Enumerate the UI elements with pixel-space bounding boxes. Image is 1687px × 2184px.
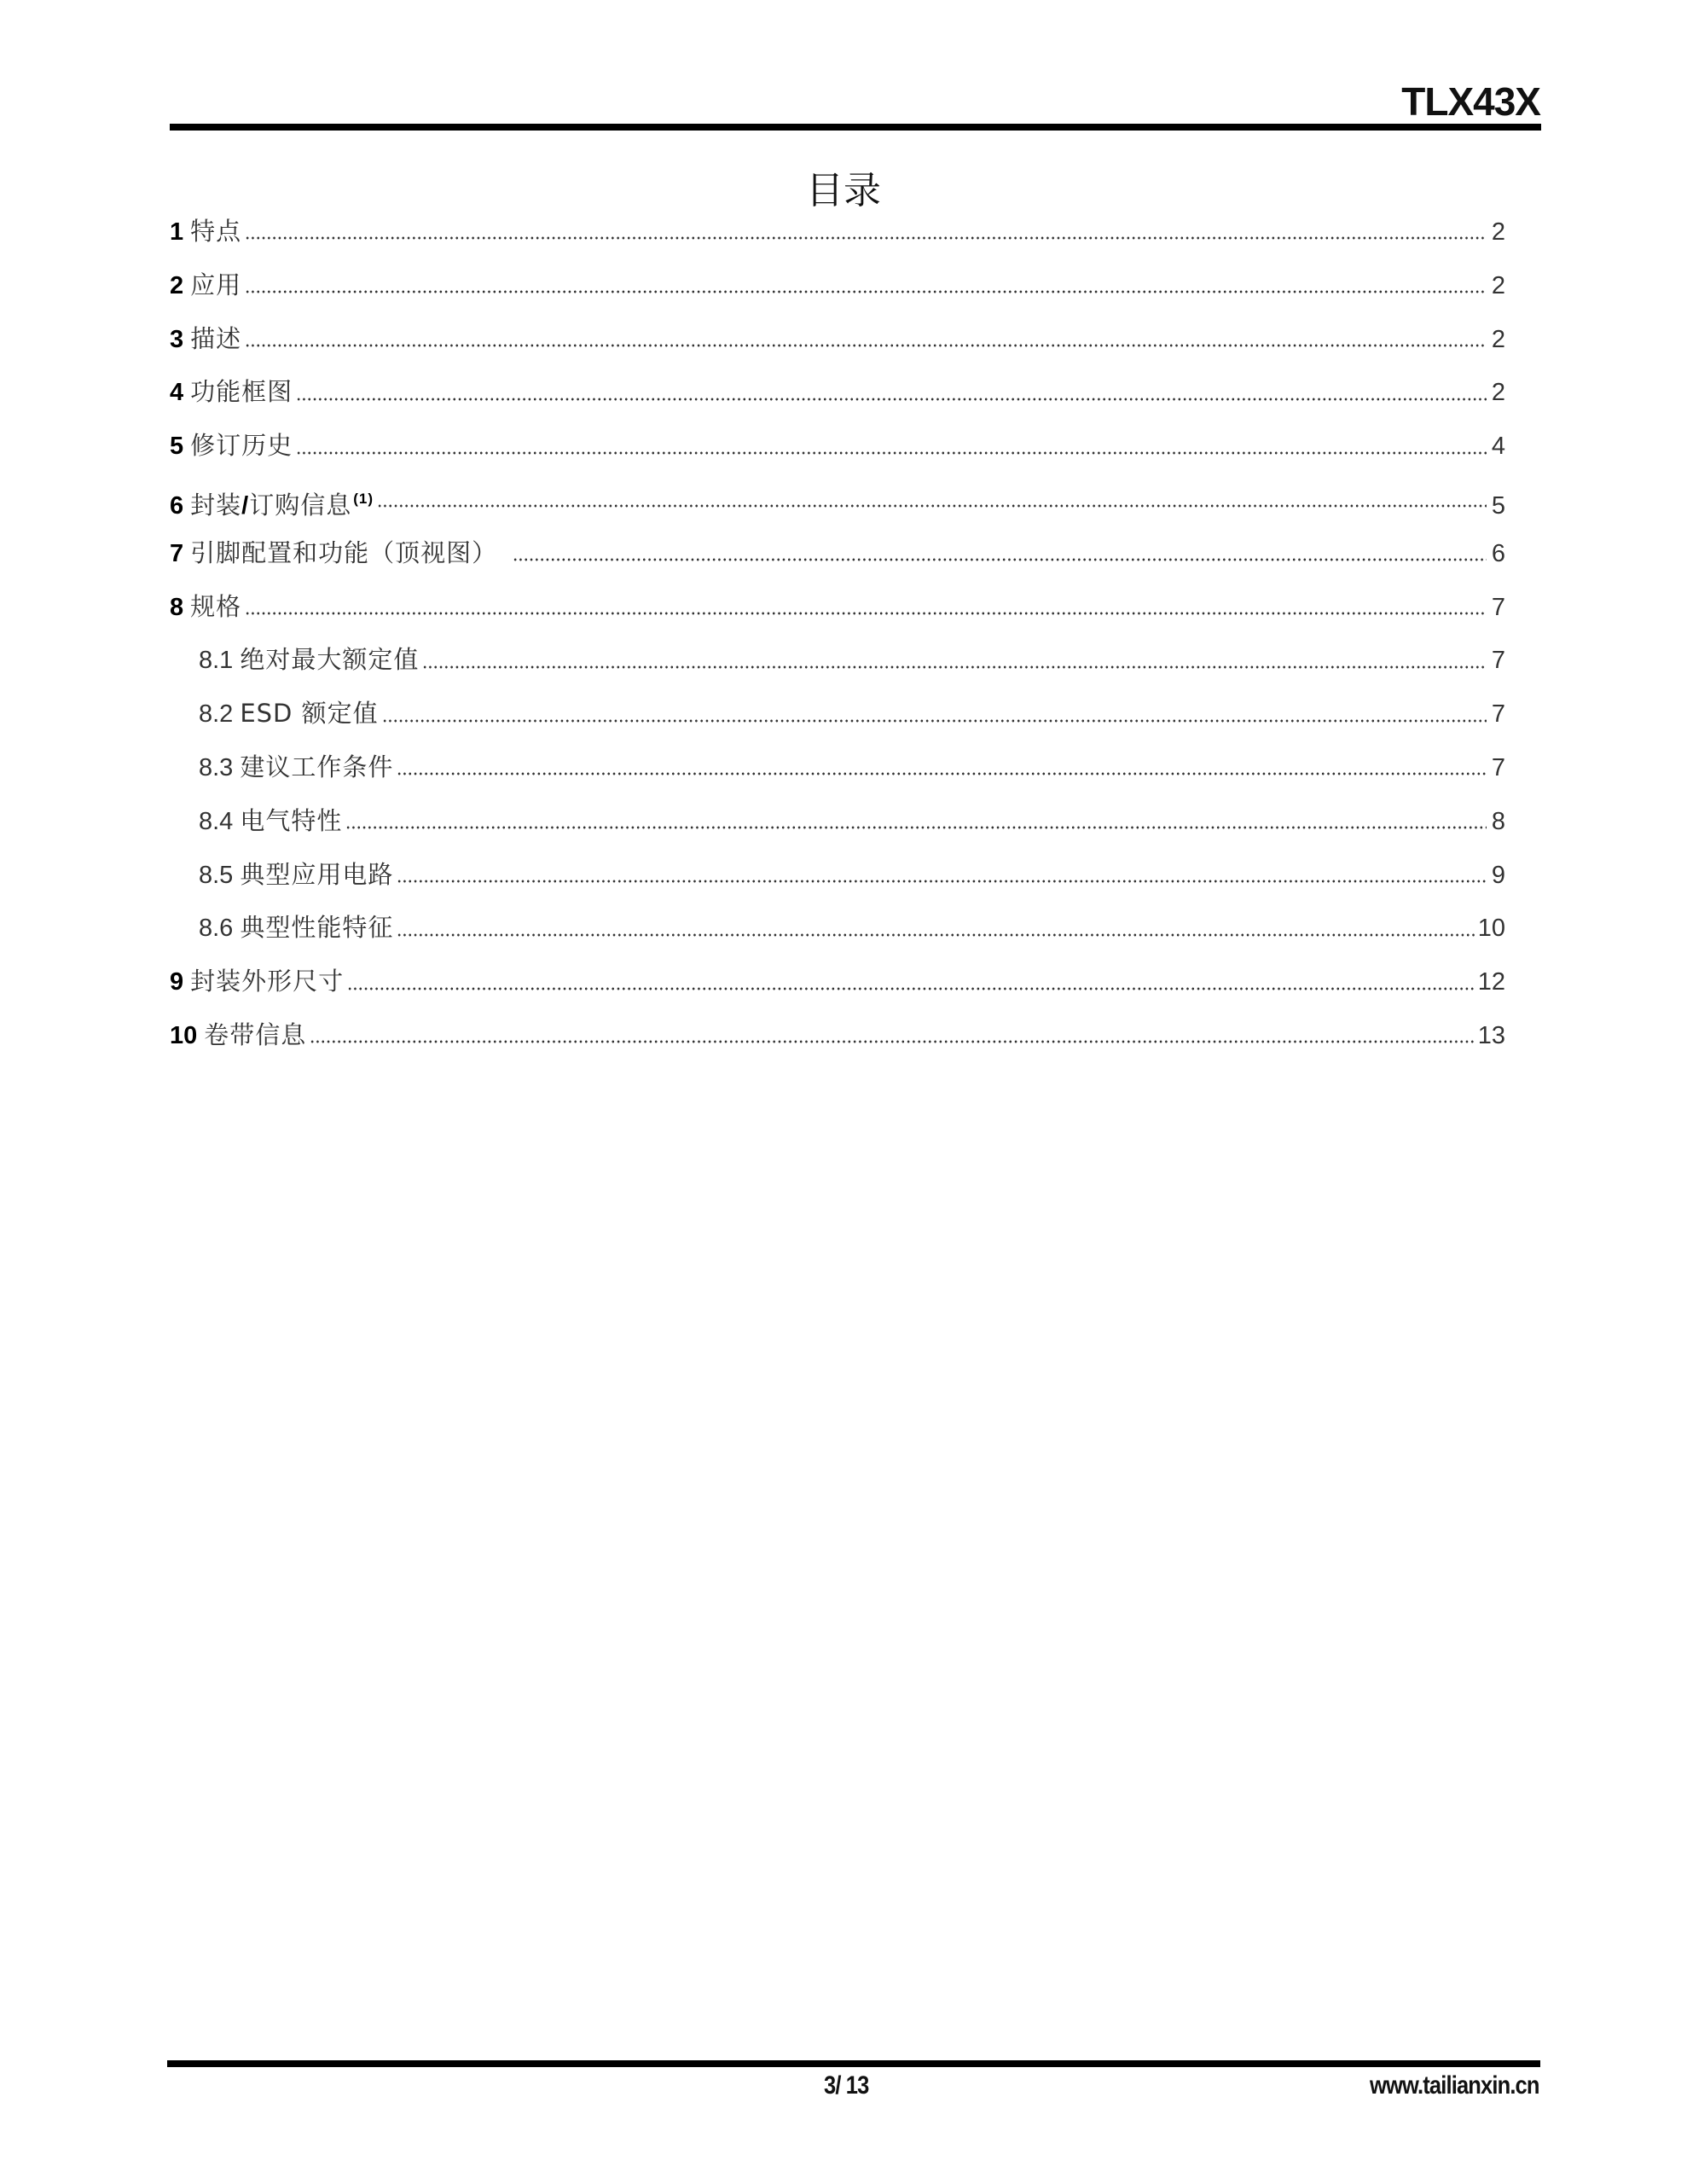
toc-entry-label: 修订历史 [190,419,293,473]
toc-entry-8-2[interactable]: 8.2 ESD 额定值 7 [170,687,1505,741]
toc-entry-page: 8 [1490,795,1505,849]
toc-entry-10[interactable]: 10 卷带信息 13 [170,1008,1505,1062]
dot-leader [245,612,1487,615]
toc-entry-page: 2 [1490,366,1505,420]
dot-leader [397,933,1474,937]
document-product-title: TLX43X [1401,78,1540,125]
toc-entry-4[interactable]: 4 功能框图 2 [170,365,1505,419]
toc-entry-label: ESD 额定值 [240,687,378,741]
toc-entry-number: 8.6 [199,902,233,955]
toc-entry-label: 封装外形尺寸 [190,955,344,1008]
toc-entry-page: 2 [1490,259,1505,313]
dot-leader [245,236,1487,240]
toc-entry-8-5[interactable]: 8.5 典型应用电路 9 [170,848,1505,902]
toc-entry-6[interactable]: 6 封装/订购信息(1) 5 [170,473,1505,526]
toc-entry-page: 10 [1478,902,1505,955]
toc-entry-8-6[interactable]: 8.6 典型性能特征 10 [170,901,1505,955]
toc-entry-label: 描述 [190,312,241,366]
toc-entry-label: 电气特性 [240,794,342,848]
toc-entry-page: 6 [1490,527,1505,581]
toc-entry-number: 8.3 [199,741,233,795]
dot-leader [245,290,1487,293]
page-number: 3/ 13 [824,2071,868,2100]
toc-entry-number: 1 [170,206,183,259]
toc-entry-page: 4 [1490,420,1505,473]
toc-entry-5[interactable]: 5 修订历史 4 [170,419,1505,473]
toc-entry-page: 9 [1490,849,1505,903]
toc-entry-label: 封装/订购信息(1) [190,473,374,533]
dot-leader [397,880,1487,883]
toc-entry-label-part: 订购信息 [249,491,351,520]
dot-leader [296,451,1487,455]
toc-entry-label: 典型性能特征 [240,901,393,955]
toc-entry-number: 8.4 [199,795,233,849]
toc-entry-label: 规格 [190,580,241,634]
dot-leader [397,772,1487,775]
toc-entry-page: 2 [1490,206,1505,259]
toc-entry-2[interactable]: 2 应用 2 [170,258,1505,312]
toc-entry-1[interactable]: 1 特点 2 [170,205,1505,258]
toc-entry-page: 5 [1490,479,1505,533]
toc-entry-page: 13 [1478,1009,1505,1063]
toc-entry-label: 典型应用电路 [240,848,393,902]
toc-entry-label: 功能框图 [190,365,293,419]
dot-leader [377,504,1487,508]
toc-entry-8-1[interactable]: 8.1 绝对最大额定值 7 [170,633,1505,687]
toc-entry-8-4[interactable]: 8.4 电气特性 8 [170,794,1505,848]
footer-divider [167,2060,1540,2067]
toc-entry-page: 12 [1478,955,1505,1009]
toc-entry-label: 建议工作条件 [240,741,393,794]
toc-entry-label: 应用 [190,258,241,312]
header-divider [170,124,1541,131]
dot-leader [310,1040,1474,1043]
toc-entry-number: 8.5 [199,849,233,903]
toc-entry-number: 8.2 [199,688,233,741]
toc-entry-number: 5 [170,420,183,473]
toc-entry-number: 9 [170,955,183,1009]
dot-leader [296,398,1487,401]
dot-leader [347,987,1475,990]
footnote-marker: (1) [353,491,374,507]
toc-entry-7[interactable]: 7 引脚配置和功能（顶视图） 6 [170,526,1505,580]
toc-entry-3[interactable]: 3 描述 2 [170,312,1505,366]
toc-entry-page: 7 [1490,634,1505,688]
toc-entry-number: 2 [170,259,183,313]
toc-entry-label: 特点 [190,205,241,258]
toc-entry-8-3[interactable]: 8.3 建议工作条件 7 [170,741,1505,794]
toc-entry-label: 卷带信息 [204,1008,306,1062]
toc-entry-number: 6 [170,479,183,533]
slash-separator: / [241,492,249,520]
toc-entry-page: 7 [1490,741,1505,795]
dot-leader [382,719,1487,723]
table-of-contents: 1 特点 2 2 应用 2 3 描述 2 4 功能框图 2 5 修订历史 4 6… [170,205,1505,1062]
toc-entry-label: 绝对最大额定值 [240,633,419,687]
dot-leader [513,558,1487,561]
toc-entry-page: 7 [1490,581,1505,635]
toc-entry-page: 2 [1490,313,1505,367]
toc-entry-label: 引脚配置和功能（顶视图） [190,526,497,580]
toc-entry-number: 7 [170,527,183,581]
toc-entry-9[interactable]: 9 封装外形尺寸 12 [170,955,1505,1008]
toc-entry-page: 7 [1490,688,1505,741]
toc-entry-number: 8.1 [199,634,233,688]
toc-entry-number: 10 [170,1009,197,1063]
toc-entry-label-part: 封装 [190,491,241,520]
dot-leader [245,344,1487,347]
dot-leader [345,826,1487,829]
dot-leader [422,665,1487,669]
toc-entry-number: 8 [170,581,183,635]
website-link[interactable]: www.tailianxin.cn [1370,2071,1539,2100]
toc-entry-number: 4 [170,366,183,420]
toc-entry-number: 3 [170,313,183,367]
toc-entry-8[interactable]: 8 规格 7 [170,580,1505,634]
